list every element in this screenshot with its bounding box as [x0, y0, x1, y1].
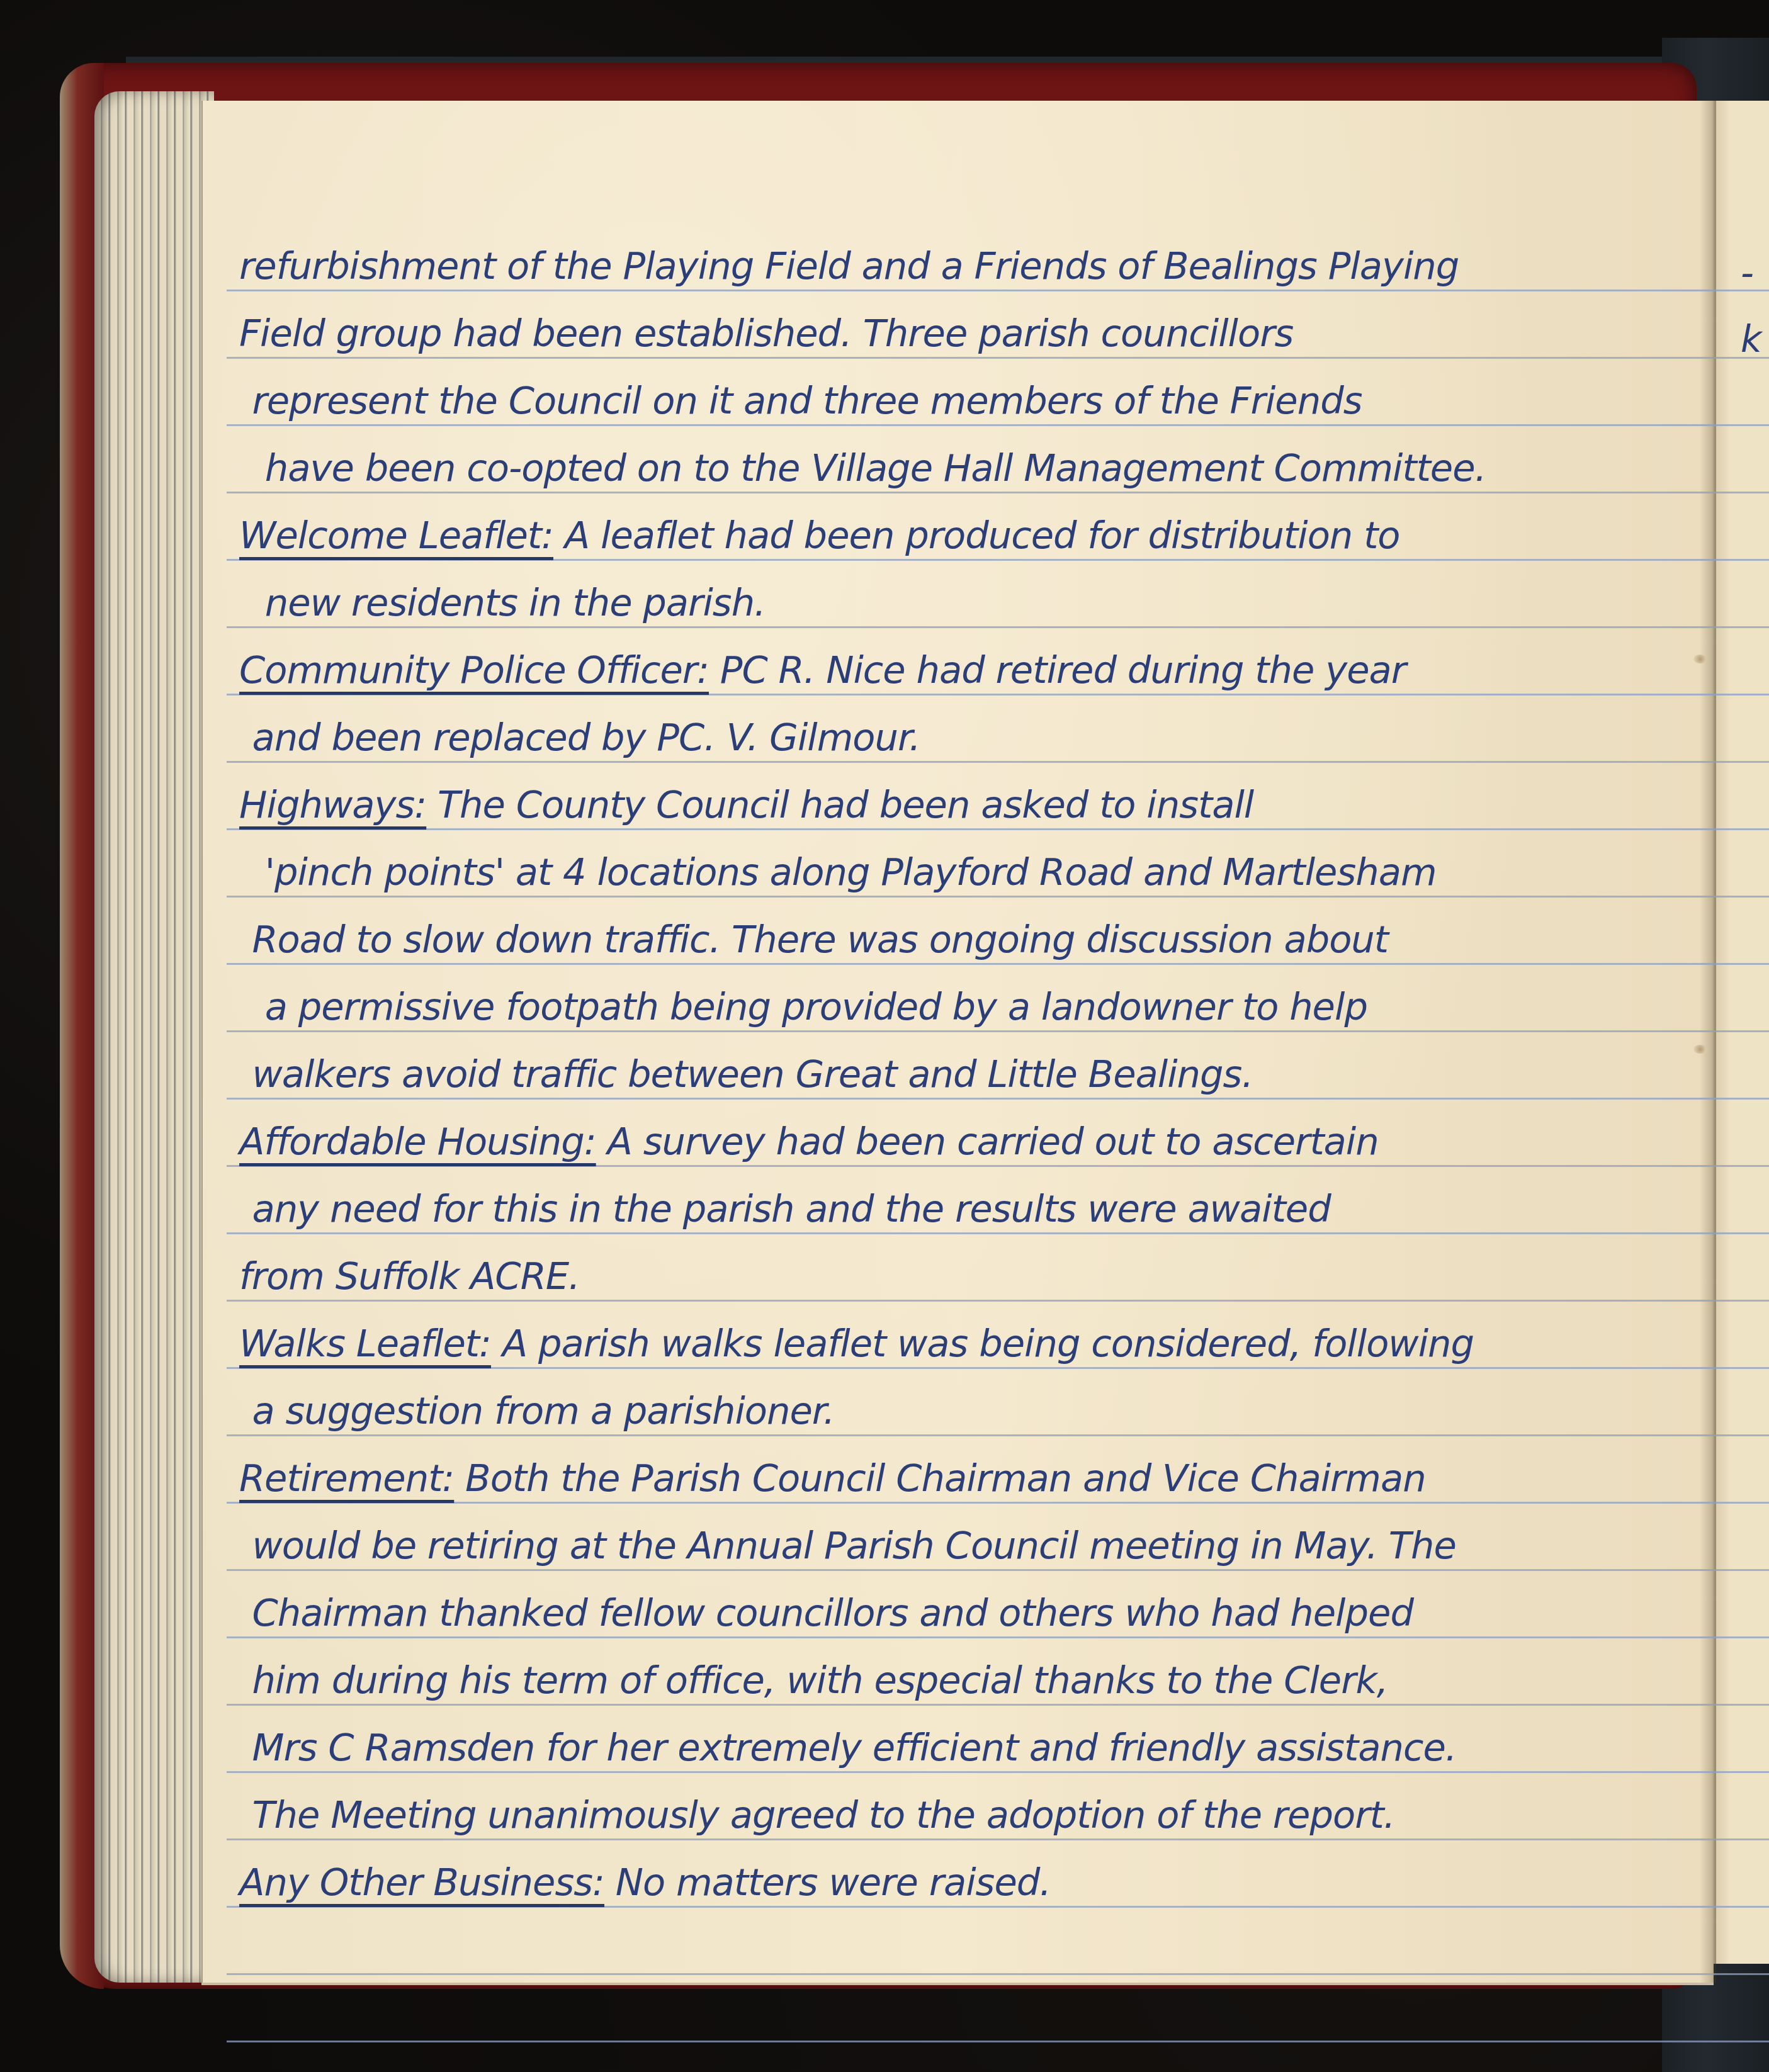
- section-heading: Affordable Housing:: [239, 1120, 596, 1163]
- section-heading: Any Other Business:: [239, 1861, 604, 1904]
- minutes-line: Any Other Business: No matters were rais…: [239, 1849, 1742, 1917]
- minutes-text: A parish walks leaflet was being conside…: [491, 1322, 1474, 1365]
- minutes-text: Both the Parish Council Chairman and Vic…: [454, 1457, 1425, 1500]
- facing-page-fragment: -: [1741, 252, 1754, 295]
- minutes-text: have been co-opted on to the Village Hal…: [265, 447, 1486, 490]
- minutes-line: represent the Council on it and three me…: [239, 368, 1742, 435]
- minutes-line: him during his term of office, with espe…: [239, 1647, 1742, 1714]
- minutes-text: Chairman thanked fellow councillors and …: [252, 1592, 1413, 1635]
- minutes-text: 'pinch points' at 4 locations along Play…: [265, 851, 1437, 894]
- minutes-line: any need for this in the parish and the …: [239, 1176, 1742, 1243]
- minutes-line: would be retiring at the Annual Parish C…: [239, 1512, 1742, 1580]
- minutes-line: Community Police Officer: PC R. Nice had…: [239, 637, 1742, 704]
- minutes-line: and been replaced by PC. V. Gilmour.: [239, 704, 1742, 772]
- minutes-text: a permissive footpath being provided by …: [265, 986, 1367, 1028]
- minutes-line: Welcome Leaflet: A leaflet had been prod…: [239, 502, 1742, 570]
- minutes-text: A survey had been carried out to ascerta…: [596, 1120, 1379, 1163]
- minutes-line: The Meeting unanimously agreed to the ad…: [239, 1782, 1742, 1849]
- minutes-line: Walks Leaflet: A parish walks leaflet wa…: [239, 1310, 1742, 1378]
- minutes-line: 'pinch points' at 4 locations along Play…: [239, 839, 1742, 906]
- minutes-text: any need for this in the parish and the …: [252, 1188, 1330, 1230]
- minutes-line: Field group had been established. Three …: [239, 300, 1742, 368]
- minutes-line: Mrs C Ramsden for her extremely efficien…: [239, 1714, 1742, 1782]
- minutes-text: him during his term of office, with espe…: [252, 1659, 1388, 1702]
- minutes-text: The Meeting unanimously agreed to the ad…: [252, 1794, 1394, 1837]
- section-heading: Welcome Leaflet:: [239, 514, 553, 557]
- minutes-line: Retirement: Both the Parish Council Chai…: [239, 1445, 1742, 1512]
- minutes-text: a suggestion from a parishioner.: [252, 1390, 834, 1433]
- handwritten-minutes: refurbishment of the Playing Field and a…: [239, 233, 1712, 1917]
- minutes-text: Mrs C Ramsden for her extremely efficien…: [252, 1726, 1456, 1769]
- minutes-text: walkers avoid traffic between Great and …: [252, 1053, 1253, 1096]
- minutes-text: and been replaced by PC. V. Gilmour.: [252, 716, 920, 759]
- minutes-line: Chairman thanked fellow councillors and …: [239, 1580, 1742, 1647]
- minutes-text: Road to slow down traffic. There was ong…: [252, 918, 1388, 961]
- minutes-line: Affordable Housing: A survey had been ca…: [239, 1108, 1742, 1176]
- minutes-line: refurbishment of the Playing Field and a…: [239, 233, 1742, 300]
- minutes-text: represent the Council on it and three me…: [252, 380, 1362, 422]
- minutes-line: Road to slow down traffic. There was ong…: [239, 906, 1742, 974]
- minutes-text: The County Council had been asked to ins…: [426, 784, 1253, 826]
- minutes-line: walkers avoid traffic between Great and …: [239, 1041, 1742, 1108]
- minutes-text: No matters were raised.: [604, 1861, 1051, 1904]
- page-stack-edge: [94, 91, 214, 1983]
- section-heading: Walks Leaflet:: [239, 1322, 491, 1365]
- minutes-line: new residents in the parish.: [239, 570, 1742, 637]
- minutes-text: refurbishment of the Playing Field and a…: [239, 245, 1459, 288]
- minutes-text: from Suffolk ACRE.: [239, 1255, 580, 1298]
- minutes-text: Field group had been established. Three …: [239, 312, 1293, 355]
- facing-page-fragment: k: [1741, 318, 1762, 361]
- minutes-line: from Suffolk ACRE.: [239, 1243, 1742, 1310]
- minutes-line: a suggestion from a parishioner.: [239, 1378, 1742, 1445]
- section-heading: Retirement:: [239, 1457, 454, 1500]
- minutes-line: have been co-opted on to the Village Hal…: [239, 435, 1742, 502]
- minutes-text: A leaflet had been produced for distribu…: [553, 514, 1400, 557]
- minutes-text: PC R. Nice had retired during the year: [709, 649, 1406, 692]
- section-heading: Community Police Officer:: [239, 649, 709, 692]
- section-heading: Highways:: [239, 784, 426, 826]
- minutes-line: a permissive footpath being provided by …: [239, 974, 1742, 1041]
- minutes-text: would be retiring at the Annual Parish C…: [252, 1524, 1455, 1567]
- minutes-text: new residents in the parish.: [265, 582, 766, 624]
- minutes-line: Highways: The County Council had been as…: [239, 772, 1742, 839]
